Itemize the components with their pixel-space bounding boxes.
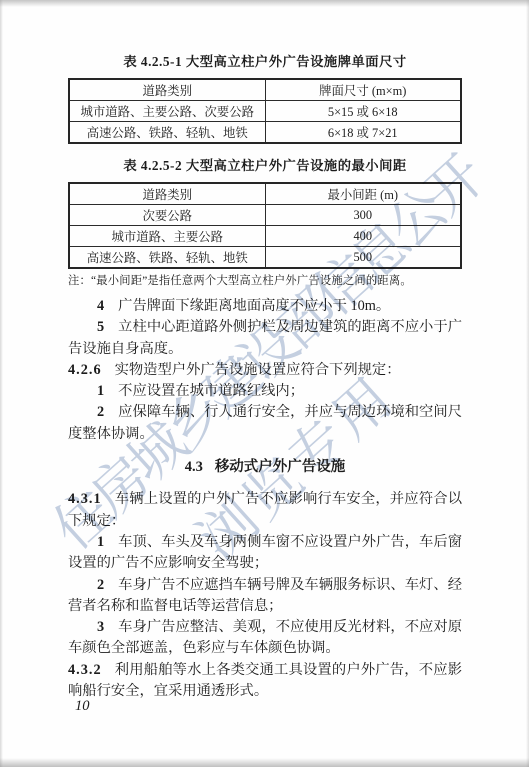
clause-text: 实物造型户外广告设施设置应符合下列规定： bbox=[115, 362, 401, 378]
clause-item: 4广告牌面下缘距离地面高度不应小于 10m。 bbox=[68, 296, 462, 317]
clause-number: 4.3.1 bbox=[68, 491, 102, 507]
cell-road-type: 高速公路、铁路、轻轨、地铁 bbox=[69, 122, 265, 144]
header-cell-panel-size: 牌面尺寸 (m×m) bbox=[265, 79, 461, 101]
section-title: 移动式户外广告设施 bbox=[215, 459, 346, 475]
item-number: 3 bbox=[97, 619, 105, 635]
table-header-row: 道路类别 牌面尺寸 (m×m) bbox=[69, 79, 461, 101]
scan-artifact-bottom bbox=[0, 758, 529, 767]
cell-min-spacing: 400 bbox=[265, 226, 461, 247]
section-heading: 4.3移动式户外广告设施 bbox=[68, 457, 462, 478]
item-text: 广告牌面下缘距离地面高度不应小于 10m。 bbox=[118, 298, 390, 314]
item-number: 2 bbox=[97, 404, 105, 420]
cell-min-spacing: 300 bbox=[265, 205, 461, 226]
cell-road-type: 次要公路 bbox=[69, 205, 265, 226]
item-number: 2 bbox=[97, 577, 105, 593]
page-content: 表 4.2.5-1 大型高立柱户外广告设施牌单面尺寸 道路类别 牌面尺寸 (m×… bbox=[68, 53, 462, 702]
table-row: 高速公路、铁路、轻轨、地铁 500 bbox=[69, 247, 461, 269]
header-cell-road-type: 道路类别 bbox=[69, 183, 265, 205]
clause-item: 5立柱中心距道路外侧护栏及周边建筑的距离不应小于广告设施自身高度。 bbox=[68, 317, 462, 360]
clause-item: 2车身广告不应遮挡车辆号牌及车辆服务标识、车灯、经营者名称和监督电话等运营信息； bbox=[68, 575, 462, 618]
table-row: 高速公路、铁路、轻轨、地铁 6×18 或 7×21 bbox=[69, 122, 461, 144]
item-number: 4 bbox=[97, 298, 105, 314]
cell-road-type: 城市道路、主要公路 bbox=[69, 226, 265, 247]
clause-number: 4.3.2 bbox=[68, 662, 102, 678]
cell-panel-size: 5×15 或 6×18 bbox=[265, 101, 461, 122]
document-page: 表 4.2.5-1 大型高立柱户外广告设施牌单面尺寸 道路类别 牌面尺寸 (m×… bbox=[0, 0, 529, 767]
item-text: 不应设置在城市道路红线内； bbox=[118, 383, 304, 399]
body-text: 4广告牌面下缘距离地面高度不应小于 10m。 5立柱中心距道路外侧护栏及周边建筑… bbox=[68, 296, 462, 702]
item-text: 车身广告应整洁、美观，不应使用反光材料，不应对原车颜色全部遮盖，色彩应与车体颜色… bbox=[68, 619, 462, 656]
clause-item: 1不应设置在城市道路红线内； bbox=[68, 381, 462, 402]
table-title-sign-dimensions: 表 4.2.5-1 大型高立柱户外广告设施牌单面尺寸 bbox=[68, 53, 462, 71]
clause: 4.3.2利用船舶等水上各类交通工具设置的户外广告，不应影响船行安全，宜采用通透… bbox=[68, 660, 462, 703]
item-number: 1 bbox=[97, 534, 105, 550]
header-cell-min-spacing: 最小间距 (m) bbox=[265, 183, 461, 205]
item-number: 5 bbox=[97, 319, 105, 335]
clause-item: 2应保障车辆、行人通行安全，并应与周边环境和空间尺度整体协调。 bbox=[68, 402, 462, 445]
page-number: 10 bbox=[75, 696, 90, 716]
item-text: 立柱中心距道路外侧护栏及周边建筑的距离不应小于广告设施自身高度。 bbox=[68, 319, 462, 356]
clause-text: 利用船舶等水上各类交通工具设置的户外广告，不应影响船行安全，宜采用通透形式。 bbox=[68, 662, 462, 699]
scan-artifact-top bbox=[0, 0, 529, 7]
clause-text: 车辆上设置的户外广告不应影响行车安全，并应符合以下规定： bbox=[68, 491, 462, 528]
header-cell-road-type: 道路类别 bbox=[69, 79, 265, 101]
item-text: 应保障车辆、行人通行安全，并应与周边环境和空间尺度整体协调。 bbox=[68, 404, 462, 441]
item-number: 1 bbox=[97, 383, 105, 399]
clause-item: 3车身广告应整洁、美观，不应使用反光材料，不应对原车颜色全部遮盖，色彩应与车体颜… bbox=[68, 617, 462, 660]
table-header-row: 道路类别 最小间距 (m) bbox=[69, 183, 461, 205]
table-row: 次要公路 300 bbox=[69, 205, 461, 226]
cell-panel-size: 6×18 或 7×21 bbox=[265, 122, 461, 144]
table-note: 注：“最小间距”是指任意两个大型高立柱户外广告设施之间的距离。 bbox=[68, 274, 462, 289]
clause-item: 1车顶、车头及车身两侧车窗不应设置户外广告，车后窗设置的广告不应影响安全驾驶； bbox=[68, 532, 462, 575]
table-sign-dimensions: 道路类别 牌面尺寸 (m×m) 城市道路、主要公路、次要公路 5×15 或 6×… bbox=[68, 78, 462, 144]
item-text: 车身广告不应遮挡车辆号牌及车辆服务标识、车灯、经营者名称和监督电话等运营信息； bbox=[68, 577, 462, 614]
table-row: 城市道路、主要公路 400 bbox=[69, 226, 461, 247]
cell-road-type: 高速公路、铁路、轻轨、地铁 bbox=[69, 247, 265, 269]
table-row: 城市道路、主要公路、次要公路 5×15 或 6×18 bbox=[69, 101, 461, 122]
cell-road-type: 城市道路、主要公路、次要公路 bbox=[69, 101, 265, 122]
clause-number: 4.2.6 bbox=[68, 362, 102, 378]
item-text: 车顶、车头及车身两侧车窗不应设置户外广告，车后窗设置的广告不应影响安全驾驶； bbox=[68, 534, 462, 571]
clause: 4.2.6实物造型户外广告设施设置应符合下列规定： bbox=[68, 360, 462, 381]
clause: 4.3.1车辆上设置的户外广告不应影响行车安全，并应符合以下规定： bbox=[68, 489, 462, 532]
table-min-spacing: 道路类别 最小间距 (m) 次要公路 300 城市道路、主要公路 400 高速公… bbox=[68, 182, 462, 269]
section-number: 4.3 bbox=[185, 459, 203, 475]
scan-artifact-left bbox=[0, 0, 3, 767]
table-title-min-spacing: 表 4.2.5-2 大型高立柱户外广告设施的最小间距 bbox=[68, 157, 462, 175]
cell-min-spacing: 500 bbox=[265, 247, 461, 269]
